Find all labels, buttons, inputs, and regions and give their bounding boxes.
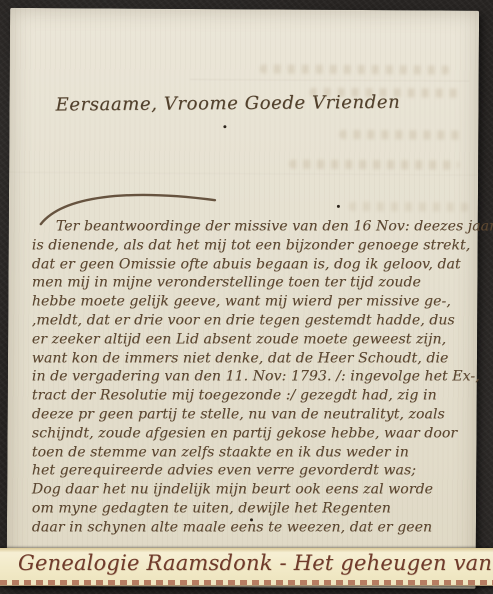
letter-line: schijndt, zoude afgesien en partij gekos… [32,424,484,443]
letter-line: daar in schynen alte maale eens te weeze… [32,518,484,537]
paper-crease [190,79,470,83]
letter-line: tract der Resolutie mij toegezonde :/ ge… [32,387,484,406]
letter-line: deeze pr geen partij te stelle, nu van d… [32,405,484,424]
paper-crease [9,172,478,177]
bleed-through [339,130,464,140]
letter-line: Dog daar het nu ijndelijk mijn beurt ook… [32,481,484,500]
bleed-through [349,202,469,212]
watermark-banner: Genealogie Raamsdonk - Het geheugen van … [0,548,493,586]
ink-speck [337,205,340,208]
ink-speck [223,125,226,128]
letter-line: hebbe moete gelijk geeve, want mij wierd… [32,293,484,312]
letter-body: Ter beantwoordinge der missive van den 1… [32,217,484,537]
banner-edge-line [0,585,493,586]
letter-line: dat er geen Omissie ofte abuis begaan is… [32,255,484,274]
letter-line: in de vergadering van den 11. Nov: 1793.… [32,368,484,387]
scanned-letter-photo: Eersaame, Vroome Goede Vrienden Ter bean… [0,0,493,594]
watermark-text: Genealogie Raamsdonk - Het geheugen van … [18,551,493,575]
letter-line: er zeeker altijd een Lid absent zoude mo… [32,330,484,349]
letter-line: men mij in mijne veronderstellinge toen … [32,274,484,293]
letter-line: Ter beantwoordinge der missive van den 1… [32,217,484,236]
letter-line: ,meldt, dat er drie voor en drie tegen g… [32,311,484,330]
letter-line: is dienende, als dat het mij tot een bij… [32,236,484,255]
letter-page: Eersaame, Vroome Goede Vrienden Ter bean… [7,8,480,589]
bleed-through [289,160,459,170]
letter-salutation: Eersaame, Vroome Goede Vrienden [55,92,385,116]
letter-line: want kon de immers niet denke, dat de He… [32,349,484,368]
letter-line: toen de stemme van zelfs staakte en ik d… [32,443,484,462]
bleed-through [260,64,450,74]
letter-line: om myne gedagten te uiten, dewijle het R… [32,499,484,518]
letter-line: het gerequireerde advies even verre gevo… [32,462,484,481]
